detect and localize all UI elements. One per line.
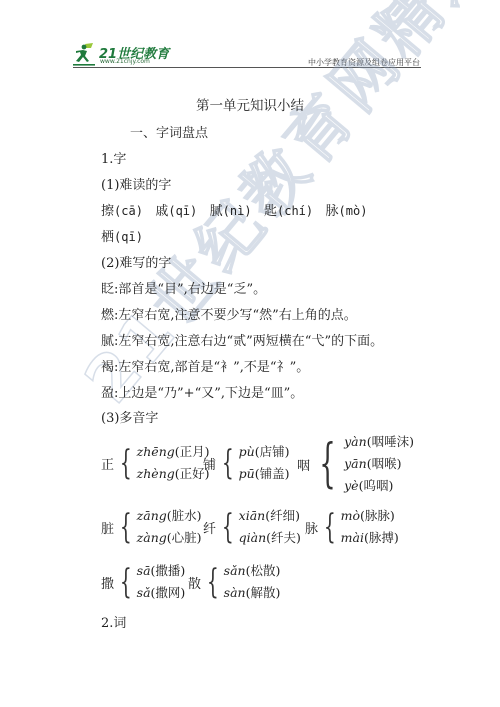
hard-write-item: 眨:部首是“目”,右边是“乏”。 <box>101 278 266 297</box>
polyphonic-reading: mò(脉脉) <box>341 505 399 527</box>
hard-read-item: 擦(cā) <box>101 204 143 219</box>
polyphonic-char: 散 <box>188 573 201 592</box>
polyphonic-group: 纤 { xiān(纤细) qiàn(纤夫) <box>203 505 301 549</box>
polyphonic-group: 撒 { sā(撒播) sǎ(撒网) <box>101 560 185 604</box>
brace-icon: { <box>120 565 132 599</box>
polyphonic-group: 铺 { pù(店铺) pū(铺盖) <box>203 441 289 485</box>
brace-icon: { <box>222 446 234 480</box>
hard-read-item: 脉(mò) <box>326 204 368 219</box>
polyphonic-reading: yàn(咽唾沫) <box>344 431 414 453</box>
site-logo: 21世纪教育 www.21cnjy.com <box>73 42 173 68</box>
hard-read-list: 擦(cā) 戚(qī) 腻(nì) 匙(chí) 脉(mò) <box>101 200 367 219</box>
brace-icon: { <box>324 510 336 544</box>
hard-read-item: 匙(chí) <box>264 204 313 219</box>
polyphonic-reading: yè(呜咽) <box>344 475 414 497</box>
polyphonic-group: 脉 { mò(脉脉) mài(脉搏) <box>305 505 399 549</box>
brace-icon: { <box>222 510 234 544</box>
document-title: 第一单元知识小结 <box>0 94 500 114</box>
hard-write-item: 腻:左窄右宽,注意右边“贰”两短横在“弋”的下面。 <box>101 330 383 349</box>
brace-icon: { <box>120 510 132 544</box>
polyphonic-char: 咽 <box>297 455 310 474</box>
polyphonic-char: 纤 <box>203 518 216 537</box>
polyphonic-reading: zhèng(正好) <box>137 463 210 485</box>
section-heading: 一、字词盘点 <box>130 122 208 141</box>
polyphonic-group: 散 { sǎn(松散) sàn(解散) <box>188 560 280 604</box>
polyphonic-reading: qiàn(纤夫) <box>239 527 301 549</box>
polyphonic-reading: pū(铺盖) <box>239 463 290 485</box>
polyphonic-reading: mài(脉搏) <box>341 527 399 549</box>
polyphonic-reading: sǎ(撒网) <box>137 582 186 604</box>
polyphonic-reading: yān(咽喉) <box>344 453 414 475</box>
brace-icon: { <box>319 438 336 490</box>
polyphonic-char: 脉 <box>305 518 318 537</box>
polyphonic-group: 正 { zhēng(正月) zhèng(正好) <box>101 441 210 485</box>
subsection-heading: 2.词 <box>101 612 126 631</box>
polyphonic-group: 咽 { yàn(咽唾沫) yān(咽喉) yè(呜咽) <box>297 431 414 497</box>
brace-icon: { <box>120 446 132 480</box>
polyphonic-char: 撒 <box>101 573 114 592</box>
hard-write-item: 褐:左窄右宽,部首是“衤”,不是“礻”。 <box>101 356 309 375</box>
polyphonic-reading: sǎn(松散) <box>224 560 281 582</box>
polyphonic-reading: sàn(解散) <box>224 582 281 604</box>
polyphonic-reading: zàng(心脏) <box>137 527 202 549</box>
hard-write-item: 燃:左窄右宽,注意不要少写“然”右上角的点。 <box>101 304 357 323</box>
hard-write-label: (2)难写的字 <box>101 252 171 271</box>
logo-url-text: www.21cnjy.com <box>100 58 150 65</box>
subsection-heading: 1.字 <box>101 148 126 167</box>
runner-logo-icon <box>73 42 95 66</box>
polyphonic-char: 脏 <box>101 518 114 537</box>
polyphonic-reading: pù(店铺) <box>239 441 290 463</box>
hard-read-label: (1)难读的字 <box>101 174 171 193</box>
brace-icon: { <box>207 565 219 599</box>
hard-read-item: 栖(qī) <box>101 230 143 245</box>
polyphonic-group: 脏 { zāng(脏水) zàng(心脏) <box>101 505 202 549</box>
hard-read-list: 栖(qī) <box>101 226 143 245</box>
polyphonic-char: 铺 <box>203 454 216 473</box>
hard-write-item: 盈:上边是“乃”+“又”,下边是“皿”。 <box>101 382 303 401</box>
polyphonic-reading: xiān(纤细) <box>239 505 301 527</box>
polyphonic-reading: zhēng(正月) <box>137 441 210 463</box>
hard-read-item: 腻(nì) <box>210 204 252 219</box>
hard-read-item: 戚(qī) <box>155 204 197 219</box>
polyphonic-char: 正 <box>101 454 114 473</box>
polyphonic-label: (3)多音字 <box>101 407 158 426</box>
polyphonic-reading: sā(撒播) <box>137 560 186 582</box>
polyphonic-reading: zāng(脏水) <box>137 505 202 527</box>
